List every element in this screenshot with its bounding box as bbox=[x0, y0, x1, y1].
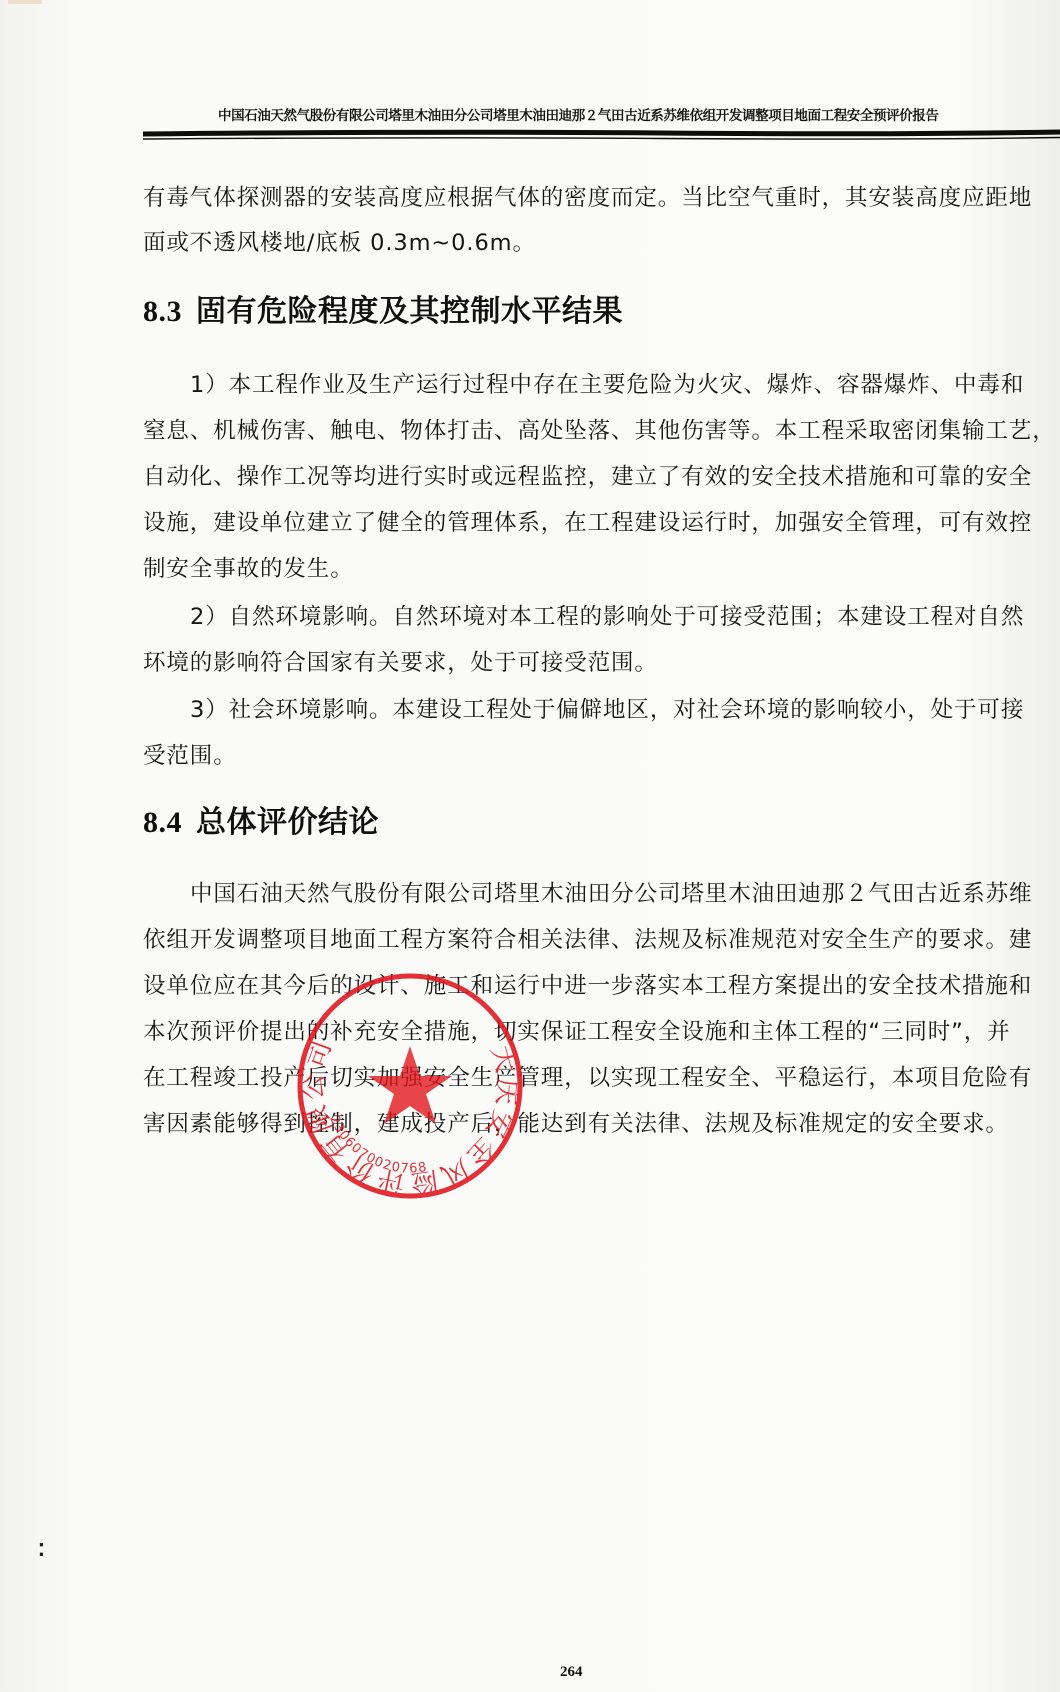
section-heading-8-3: 8.3固有危险程度及其控制水平结果 bbox=[143, 286, 623, 330]
list-item-1-line: 1）本工程作业及生产运行过程中存在主要危险为火灾、爆炸、容器爆炸、中毒和 bbox=[190, 367, 1024, 399]
section-number: 8.4 bbox=[143, 806, 182, 839]
conclusion-line: 中国石油天然气股份有限公司塔里木油田分公司塔里木油田迪那２气田古近系苏维 bbox=[190, 876, 1032, 908]
list-item-2-line: 2）自然环境影响。自然环境对本工程的影响处于可接受范围；本建设工程对自然 bbox=[190, 599, 1024, 631]
list-item-3-line: 受范围。 bbox=[143, 738, 237, 770]
body-line: 有毒气体探测器的安装高度应根据气体的密度而定。当比空气重时，其安装高度应距地 bbox=[143, 180, 1032, 212]
document-page: 中国石油天然气股份有限公司塔里木油田分公司塔里木油田迪那２气田古近系苏维依组开发… bbox=[0, 0, 1060, 1692]
conclusion-line: 在工程竣工投产后切实加强安全生产管理，以实现工程安全、平稳运行，本项目危险有 bbox=[143, 1060, 1032, 1092]
conclusion-line: 本次预评价提出的补充安全措施，切实保证工程安全设施和主体工程的“三同时”，并 bbox=[143, 1014, 1011, 1046]
list-item-1-line: 窒息、机械伤害、触电、物体打击、高处坠落、其他伤害等。本工程采取密闭集输工艺， bbox=[143, 413, 1056, 445]
section-number: 8.3 bbox=[143, 295, 182, 328]
running-header-title: 中国石油天然气股份有限公司塔里木油田分公司塔里木油田迪那２气田古近系苏维依组开发… bbox=[218, 104, 1018, 124]
conclusion-line: 设单位应在其今后的设计、施工和运行中进一步落实本工程方案提出的安全技术措施和 bbox=[143, 968, 1032, 1000]
section-heading-8-4: 8.4总体评价结论 bbox=[143, 797, 379, 841]
list-item-1-line: 制安全事故的发生。 bbox=[143, 551, 354, 583]
margin-binding-mark: ⁚ bbox=[38, 1540, 45, 1561]
list-item-3-line: 3）社会环境影响。本建设工程处于偏僻地区，对社会环境的影响较小，处于可接 bbox=[190, 692, 1024, 724]
body-line: 面或不透风楼地/底板 0.3m~0.6m。 bbox=[143, 225, 536, 257]
list-item-1-line: 设施，建设单位建立了健全的管理体系，在工程建设运行时，加强安全管理，可有效控 bbox=[143, 505, 1032, 537]
scan-corner-mark bbox=[8, 0, 42, 4]
section-title: 总体评价结论 bbox=[196, 805, 379, 840]
list-item-1-line: 自动化、操作工况等均进行实时或远程监控，建立了有效的安全技术措施和可靠的安全 bbox=[143, 459, 1032, 491]
page-number: 264 bbox=[560, 1664, 583, 1681]
section-title: 固有危险程度及其控制水平结果 bbox=[196, 294, 623, 329]
header-double-rule bbox=[143, 128, 1060, 142]
list-item-2-line: 环境的影响符合国家有关要求，处于可接受范围。 bbox=[143, 645, 658, 677]
conclusion-line: 依组开发调整项目地面工程方案符合相关法律、法规及标准规范对安全生产的要求。建 bbox=[143, 922, 1032, 954]
conclusion-line: 害因素能够得到控制，建成投产后，能达到有关法律、法规及标准规定的安全要求。 bbox=[143, 1106, 1009, 1138]
